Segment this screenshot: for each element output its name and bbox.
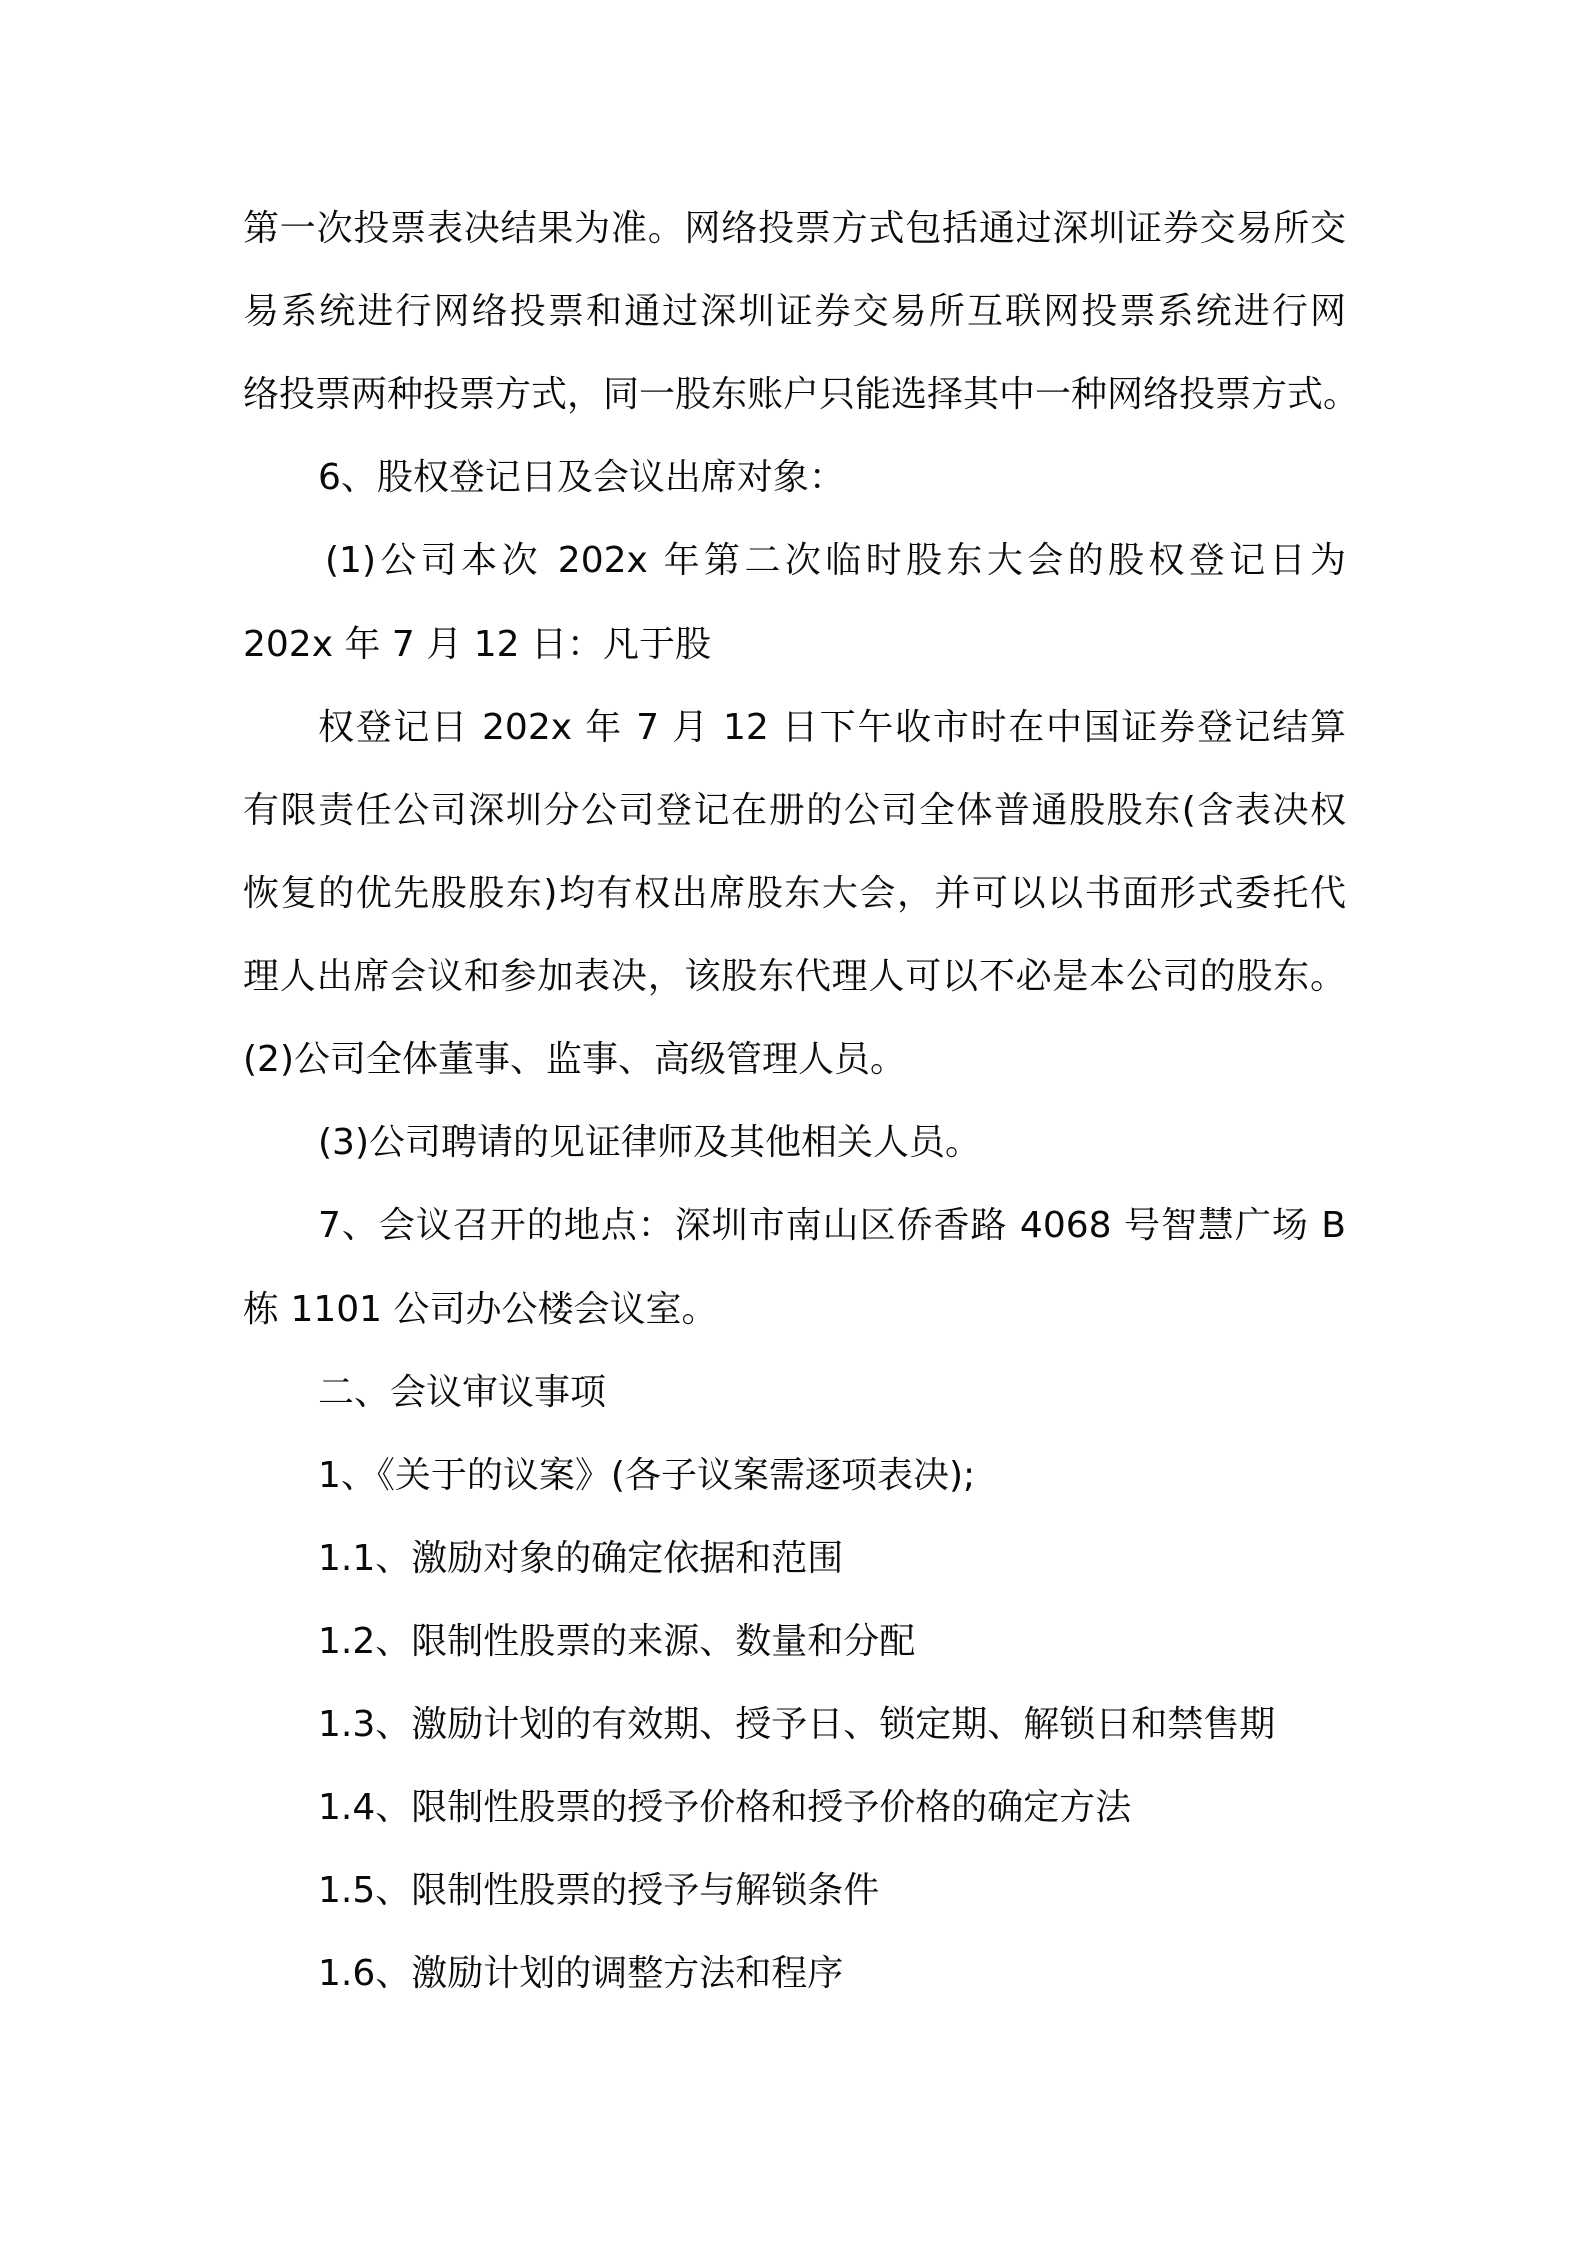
- text-line: 恢复的优先股股东)均有权出席股东大会，并可以以书面形式委托代: [243, 864, 1346, 924]
- text-line: 第一次投票表决结果为准。网络投票方式包括通过深圳证券交易所交: [243, 199, 1346, 259]
- text-line: 有限责任公司深圳分公司登记在册的公司全体普通股股东(含表决权: [243, 781, 1346, 841]
- text-line: 理人出席会议和参加表决，该股东代理人可以不必是本公司的股东。: [243, 947, 1346, 1007]
- document-page: 第一次投票表决结果为准。网络投票方式包括通过深圳证券交易所交 易系统进行网络投票…: [0, 0, 1586, 2244]
- list-item: (2)公司全体董事、监事、高级管理人员。: [243, 1030, 906, 1090]
- list-item: 1.1、激励对象的确定依据和范围: [318, 1529, 843, 1589]
- text-line: 202x 年 7 月 12 日：凡于股: [243, 615, 711, 675]
- list-item: 1.4、限制性股票的授予价格和授予价格的确定方法: [318, 1778, 1131, 1838]
- section-heading-location: 7、会议召开的地点：深圳市南山区侨香路 4068 号智慧广场 B: [318, 1196, 1346, 1256]
- list-item: (3)公司聘请的见证律师及其他相关人员。: [318, 1113, 981, 1173]
- text-line: 权登记日 202x 年 7 月 12 日下午收市时在中国证券登记结算: [318, 698, 1346, 758]
- section-heading-registration: 6、股权登记日及会议出席对象：: [318, 448, 845, 508]
- text-line: 栋 1101 公司办公楼会议室。: [243, 1280, 718, 1340]
- list-item: 1.3、激励计划的有效期、授予日、锁定期、解锁日和禁售期: [318, 1695, 1275, 1755]
- list-item: 1.2、限制性股票的来源、数量和分配: [318, 1612, 915, 1672]
- list-item: 1、《关于的议案》(各子议案需逐项表决);: [318, 1446, 975, 1506]
- list-item: 1.5、限制性股票的授予与解锁条件: [318, 1861, 879, 1921]
- text-line: (1)公司本次 202x 年第二次临时股东大会的股权登记日为: [325, 531, 1346, 591]
- section-heading-agenda: 二、会议审议事项: [318, 1363, 606, 1423]
- text-line: 易系统进行网络投票和通过深圳证券交易所互联网投票系统进行网: [243, 282, 1346, 342]
- text-line: 络投票两种投票方式，同一股东账户只能选择其中一种网络投票方式。: [243, 365, 1346, 425]
- list-item: 1.6、激励计划的调整方法和程序: [318, 1944, 843, 2004]
